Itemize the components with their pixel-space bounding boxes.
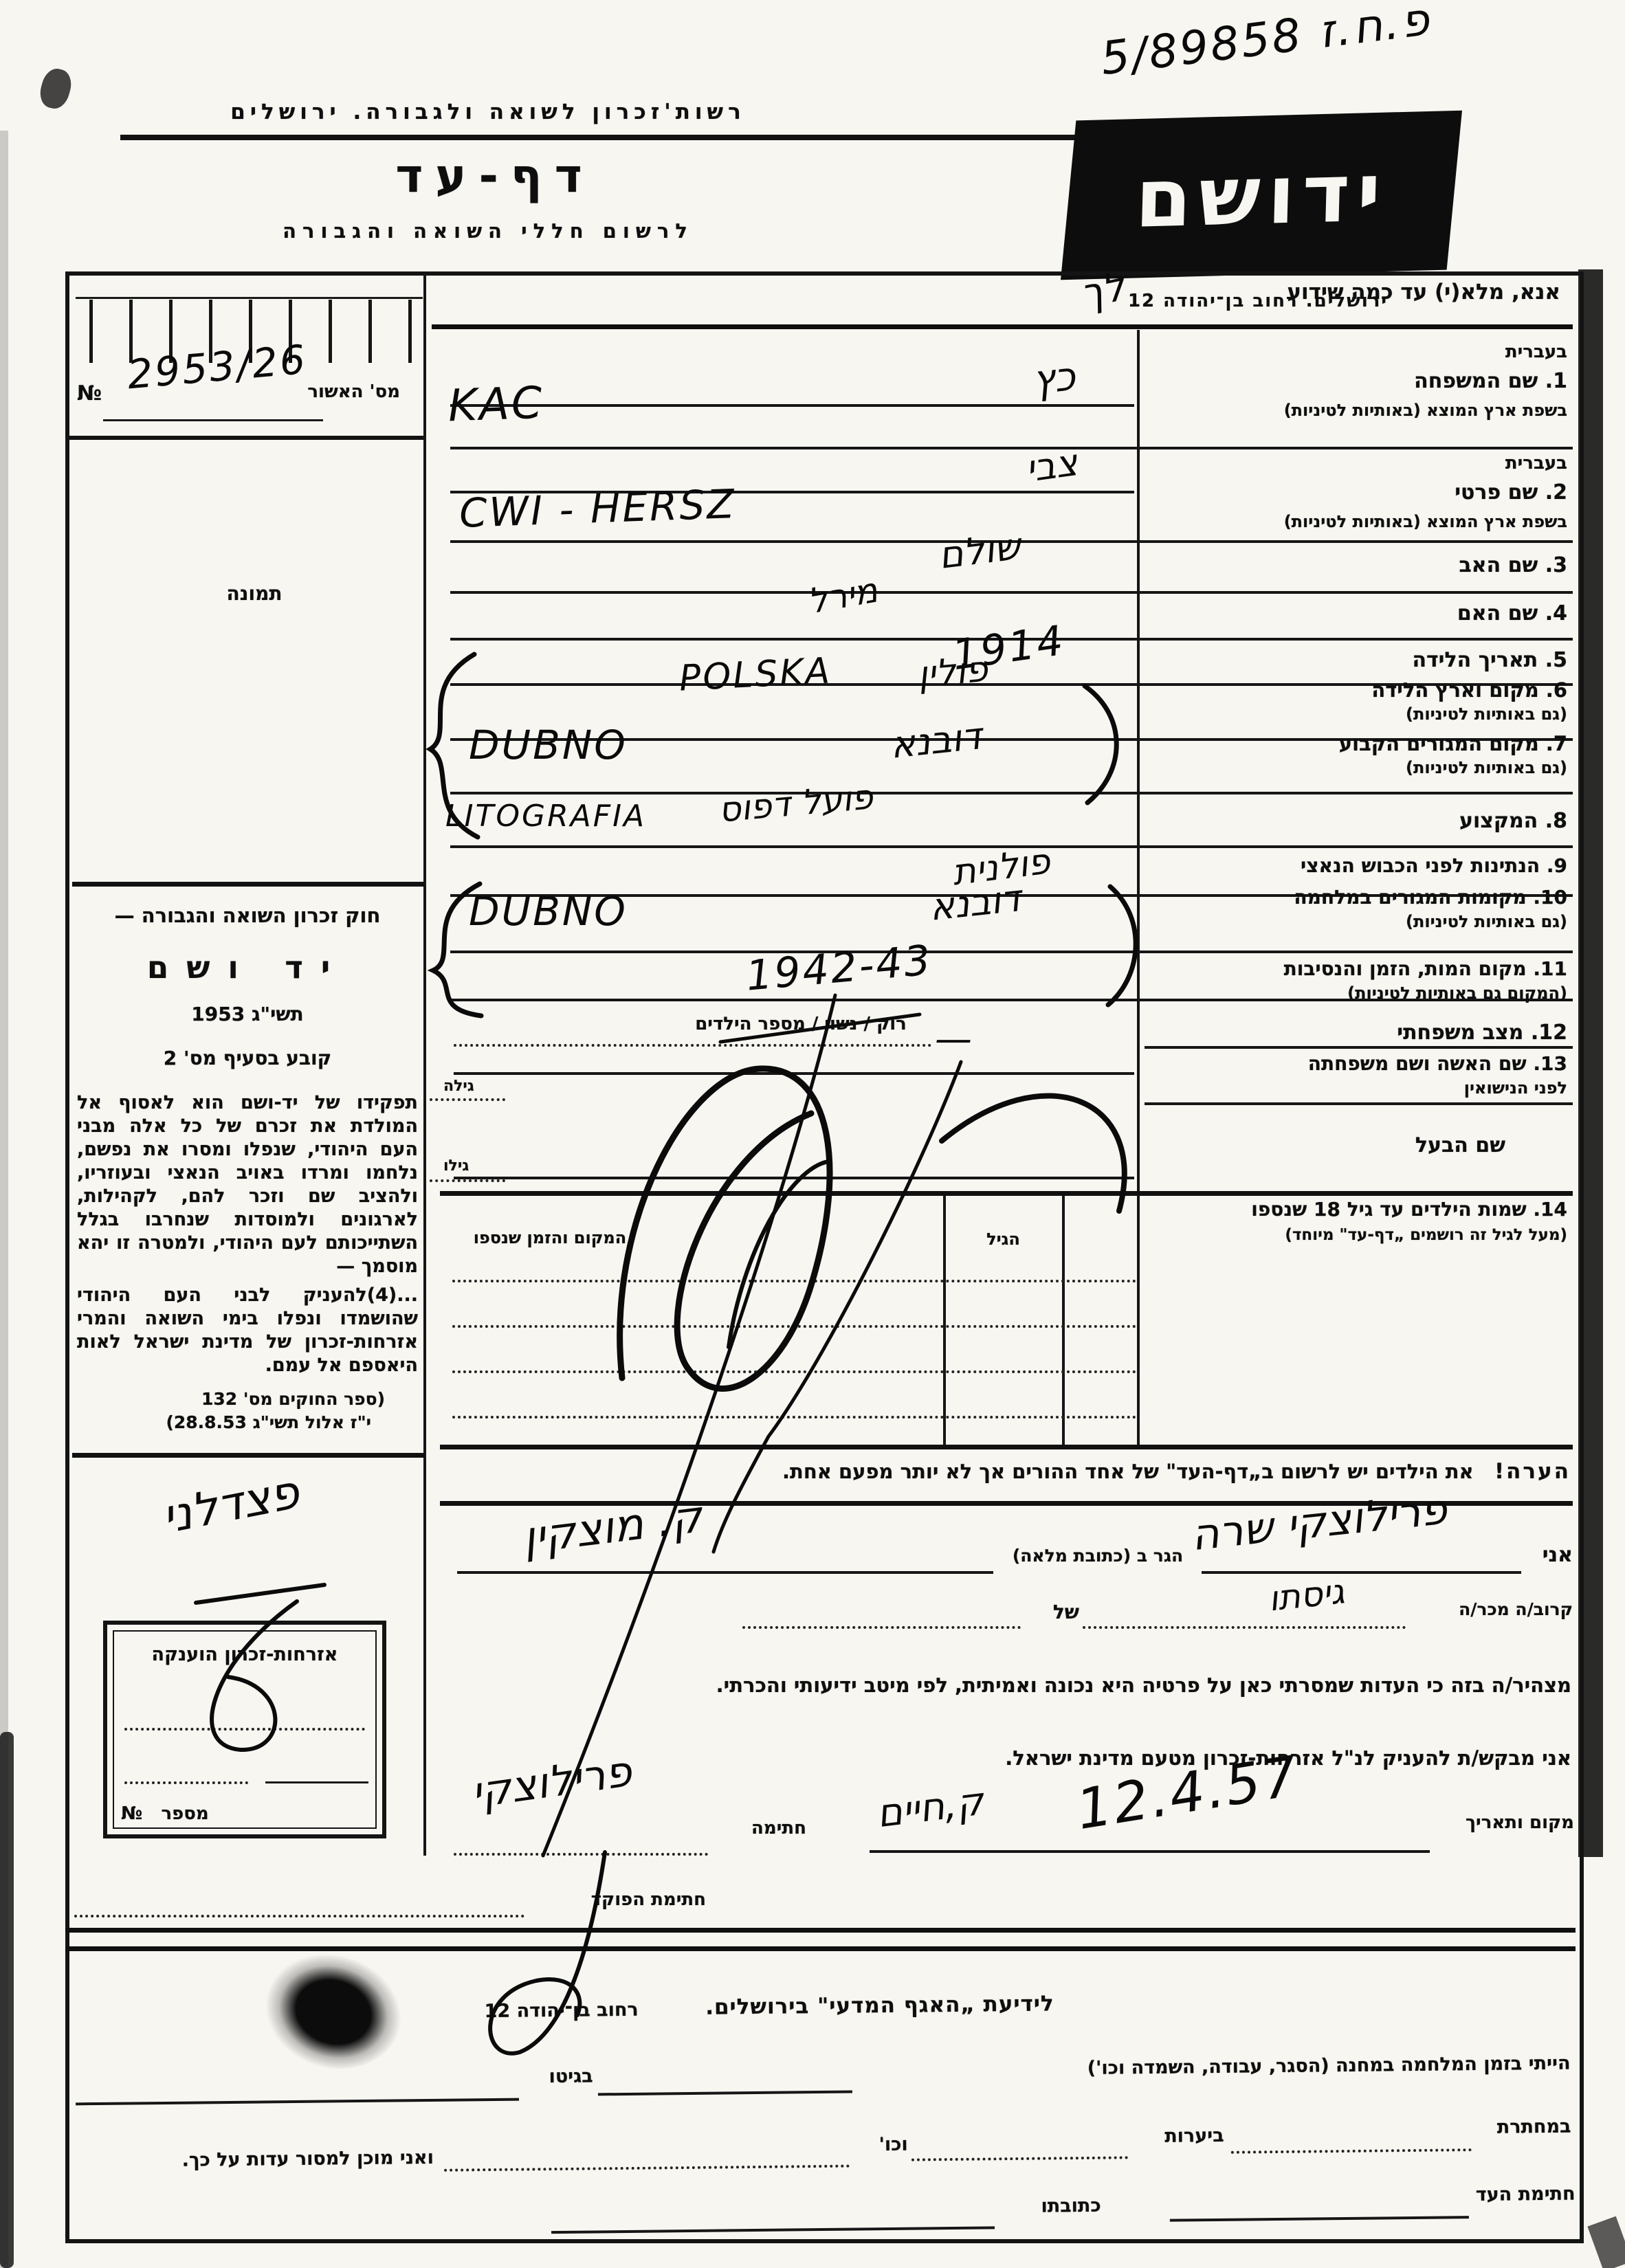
of-label: של: [1031, 1601, 1079, 1623]
label-column-divider: [1137, 330, 1140, 1447]
law-name: יד ושם: [103, 950, 392, 986]
law-body-1: תפקידו של יד-ושם הוא לאסוף אל המולדת את …: [77, 1091, 418, 1278]
note-text: את הילדים יש לרשום ב„דף-העד" של אחד ההור…: [782, 1460, 1474, 1483]
scan-edge-artifact: [0, 1732, 14, 2268]
forests-label: ביערות: [1134, 2125, 1224, 2147]
law-section: קובע בסעיף מס' 2: [117, 1047, 378, 1069]
field-1-label: 1. שם המשפחה: [1148, 370, 1567, 394]
yad-vashem-logo-text: ידושם: [1134, 144, 1389, 245]
field-1-sublabel: בשפת ארץ המוצא (באותיות לטיניות): [1148, 401, 1567, 421]
law-reference-2: י"ז אלול תשי"ג 28.8.53): [76, 1413, 371, 1433]
grant-number-text: מספר: [161, 1803, 208, 1824]
children-table-bottom: [440, 1445, 1573, 1449]
fill-line: [454, 1044, 931, 1047]
sidebar-bottom-rule: [72, 1453, 425, 1458]
instruction-handwriting: לך: [1076, 263, 1129, 318]
husband-name-label: שם הבעל: [1148, 1134, 1505, 1158]
scan-smudge: [36, 66, 75, 112]
declarant-address-line: [457, 1571, 993, 1574]
wife-age-label: גילה: [443, 1078, 505, 1095]
children-row-line: [452, 1325, 1136, 1328]
branch-heading: לידיעת „האגף המדעי" בירושלים.: [648, 1992, 1054, 2021]
fill-line: [1145, 1046, 1573, 1049]
family-name-latin-hw: KAC: [447, 378, 545, 432]
witness-signature-line: [1170, 2216, 1469, 2222]
fill-line: [1145, 1102, 1573, 1105]
comb-top-line: [76, 297, 423, 299]
declarant-i-label: אני: [1525, 1544, 1573, 1568]
marital-status-handwritten-dash: —: [935, 1017, 972, 1060]
fill-line: [430, 1098, 505, 1101]
law-year: תשי"ג 1953: [137, 1003, 357, 1025]
birth-country-hebrew-hw: פולין: [916, 649, 990, 696]
law-reference-1: (ספר החוקים מס' 132: [89, 1390, 385, 1410]
branch-heading-address: רחוב בן־יהודה 12: [446, 1999, 639, 2023]
etc-label: וכו': [853, 2134, 908, 2156]
signature-line: [454, 1853, 708, 1856]
instruction-rule: [432, 324, 1573, 329]
fill-line: [454, 1177, 1134, 1179]
children-row-line: [452, 1416, 1136, 1419]
field-11-sublabel: (המקום גם באותיות לטיניות): [1148, 984, 1567, 1003]
registrar-signature-label: חתימת הפוקד: [531, 1890, 706, 1911]
children-row-line: [452, 1370, 1136, 1373]
section-divider-rule: [65, 1928, 1576, 1933]
grant-box-line: [265, 1781, 368, 1783]
field-7-sublabel: (גם באותיות לטיניות): [1148, 759, 1567, 778]
of-line: [742, 1626, 1021, 1629]
residence-latin-hw: DUBNO: [469, 722, 628, 768]
war-experience-label: הייתי בזמן המלחמה במחנה (הסגר, עבודה, הש…: [862, 2053, 1570, 2082]
form-subtitle: לרשום חללי השואה והגבורה: [192, 220, 784, 243]
note-row: הערה! את הילדים יש לרשום ב„דף-העד" של אח…: [481, 1460, 1571, 1485]
fill-instruction: אנא, מלא(י) עד כמה שידוע: [1134, 280, 1560, 305]
fill-line: [450, 792, 1573, 794]
field-12-label: 12. מצב משפחתי: [1148, 1021, 1567, 1045]
field-14-label: 14. שמות הילדים עד גיל 18 שנספו: [1148, 1199, 1567, 1221]
witness-signature-label: חתימת העד: [1475, 2183, 1575, 2206]
note-label: הערה!: [1494, 1459, 1571, 1484]
fill-line: [450, 950, 1573, 953]
husband-age-label: גילו: [443, 1157, 505, 1175]
law-title: חוק זכרון השואה והגבורה —: [77, 904, 418, 927]
children-table-vline: [1062, 1196, 1065, 1447]
relation-hw: גיסתו: [1266, 1571, 1346, 1619]
witness-address-label: כתובתו: [998, 2195, 1101, 2218]
approval-line: [103, 419, 323, 421]
grant-box-number-label: מספר №: [121, 1804, 272, 1825]
field-1-lang-tag: בעברית: [1148, 342, 1567, 363]
registrar-signature-line: [74, 1915, 524, 1917]
law-body-2: ...(4)להעניק לבני העם היהודי שהושמדו ונפ…: [77, 1284, 418, 1377]
first-name-latin-hw: CWI - HERSZ: [458, 480, 737, 537]
marital-status-options: רוק / נשוי / מספר הילדים: [674, 1014, 928, 1035]
grant-number-sign: №: [121, 1803, 142, 1824]
scanned-testimony-page: פ.ח.ז 5/89858 רשות'זכרון לשואה ולגבורה. …: [0, 0, 1625, 2268]
authority-name: רשות'זכרון לשואה ולגבורה. ירושלים: [117, 100, 859, 125]
grant-box-line: [124, 1781, 248, 1784]
corner-handwritten-note: פ.ח.ז 5/89858: [1098, 0, 1434, 85]
first-name-hebrew-hw: צבי: [1023, 441, 1080, 491]
children-row-line: [452, 1280, 1136, 1282]
field-2-label: 2. שם פרטי: [1148, 481, 1567, 505]
field-9-label: 9. הנתינות לפני הכבוש הנאצי: [1148, 855, 1567, 877]
field-10-sublabel: (גם באותיות לטיניות): [1148, 913, 1567, 932]
approval-number-sign: №: [77, 382, 111, 406]
forests-line: [911, 2156, 1128, 2161]
grant-box-title: אזרחות-זכרון הוענקה: [114, 1644, 375, 1665]
fill-line: [450, 591, 1573, 594]
place-date-label: מקום ותאריך: [1437, 1813, 1574, 1834]
etc-line: [444, 2165, 850, 2172]
field-5-label: 5. תאריך הלידה: [1148, 649, 1567, 673]
children-col-place-header: המקום והזמן שנספו: [457, 1229, 643, 1248]
underground-line: [1231, 2148, 1472, 2154]
form-title: דף-עד: [375, 150, 615, 203]
birth-country-latin-hw: POLSKA: [678, 650, 833, 700]
resides-label: הגר ב (כתובת מלאה): [998, 1546, 1197, 1566]
place-date-line: [870, 1850, 1430, 1853]
approval-label: מס' האשור: [297, 382, 400, 403]
column-divider: [423, 274, 426, 1856]
field-11-label: 11. מקום המות, הזמן והנסיבות: [1148, 958, 1567, 980]
children-table-top: [440, 1191, 1573, 1196]
field-13-label: 13. שם האשה ושם משפחתה: [1148, 1053, 1567, 1075]
field-8-label: 8. המקצוע: [1148, 810, 1567, 834]
ghetto-label: בגיטו: [524, 2065, 593, 2087]
ghetto-line: [76, 2098, 519, 2106]
fill-line: [450, 404, 1134, 407]
header-rule: [120, 135, 1076, 140]
relative-label: קרוב/ה מכר/ה: [1409, 1600, 1573, 1620]
family-name-hebrew-hw: כץ: [1030, 353, 1078, 403]
field-7-label: 7. מקום המגורים הקבוע: [1148, 733, 1567, 755]
section-divider-rule: [65, 1946, 1576, 1951]
declarant-name-line: [1202, 1571, 1521, 1574]
fill-line: [454, 1072, 1134, 1075]
grant-box-line: [124, 1728, 365, 1731]
scientific-branch-section: לידיעת „האגף המדעי" בירושלים. רחוב בן־יה…: [64, 1951, 1577, 2242]
declaration-statement: מצהיר/ה בזה כי העדות שמסרתי כאן על פרטיה…: [447, 1674, 1571, 1697]
yad-vashem-logo: ידושם: [1061, 111, 1462, 280]
sidebar-top-rule: [72, 882, 425, 887]
approval-box-bottom: [67, 436, 423, 440]
citizenship-grant-box: אזרחות-זכרון הוענקה מספר №: [103, 1621, 386, 1838]
field-6-sublabel: (גם באותיות לטיניות): [1148, 705, 1567, 724]
field-2-lang-tag: בעברית: [1148, 454, 1567, 474]
fill-line: [450, 447, 1573, 449]
field-3-label: 3. שם האב: [1148, 554, 1567, 578]
signature-label: חתימה: [714, 1819, 806, 1839]
relation-line: [1083, 1626, 1406, 1629]
field-14-sublabel: (מעל לגיל זה רושמים „דף-עד" מיוחד): [1148, 1226, 1567, 1244]
field-2-sublabel: בשפת ארץ המוצא (באותיות לטיניות): [1148, 513, 1567, 532]
scan-edge-artifact: [1587, 2216, 1625, 2268]
field-13-sublabel: לפני הנישואין: [1148, 1079, 1567, 1098]
children-table-vline: [943, 1196, 946, 1447]
field-4-label: 4. שם האם: [1148, 602, 1567, 626]
photo-label: תמונה: [217, 583, 292, 605]
war-residence-latin-hw: DUBNO: [469, 888, 628, 935]
underground-label: במחתרת: [1474, 2116, 1571, 2139]
profession-latin-hw: LITOGRAFIA: [445, 799, 646, 834]
camp-line: [598, 2091, 852, 2096]
testify-text: ואני מוכן למסור עדות על כך.: [76, 2147, 434, 2172]
field-10-label: 10. מקומות המגורים במלחמה: [1148, 887, 1567, 909]
field-6-label: 6. מקום וארץ הלידה: [1148, 679, 1567, 702]
fill-line: [430, 1179, 505, 1182]
children-col-age-header: הגיל: [950, 1230, 1057, 1249]
